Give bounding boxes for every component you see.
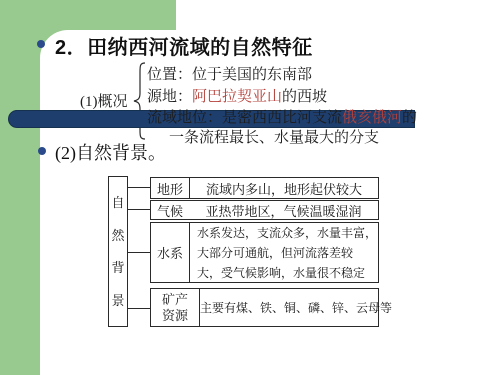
row-content-terrain: 流域内多山，地形起伏较大	[190, 178, 378, 198]
map-row-rivers: 水系 水系发达，支流众多，水量丰富， 大部分可通航，但河流落差较 大，受气候影响…	[150, 222, 379, 283]
row-label-minerals: 矿产资源	[151, 289, 200, 326]
connector-line-climate	[128, 209, 151, 210]
status-prefix: 流域地位：是密西西比河支流	[147, 110, 342, 126]
rivers-line: 大，受气候影响，水量很不稳定	[197, 263, 365, 283]
source-red-term: 阿巴拉契亚山	[192, 89, 282, 105]
status-red-term: 俄亥俄河	[342, 110, 402, 126]
background-bullet-dot	[38, 147, 46, 155]
row-label-climate: 气候	[151, 201, 189, 219]
slide-title: 2．田纳西河流域的自然特征	[55, 31, 313, 60]
connector-line-terrain	[128, 187, 151, 188]
presentation-slide: 2．田纳西河流域的自然特征 (1)概况 位置：位于美国的东南部 源地：阿巴拉契亚…	[0, 0, 500, 375]
row-content-climate: 亚热带地区，气候温暖湿润	[189, 201, 378, 219]
source-suffix: 的西坡	[282, 89, 327, 105]
rivers-line: 水系发达，支流众多，水量丰富，	[197, 223, 377, 243]
overview-line-location: 位置：位于美国的东南部	[147, 63, 312, 84]
map-row-minerals: 矿产资源 主要有煤、铁、铜、磷、锌、云母等	[150, 288, 379, 327]
rivers-line: 大部分可通航，但河流落差较	[197, 243, 353, 263]
title-bullet-dot	[37, 40, 45, 48]
stem-char: 背	[111, 261, 124, 274]
map-row-climate: 气候 亚热带地区，气候温暖湿润	[150, 200, 379, 220]
overview-line-status: 流域地位：是密西西比河支流俄亥俄河的	[147, 106, 417, 127]
row-label-terrain: 地形	[151, 178, 190, 198]
concept-stem-box: 自 然 背 景	[108, 176, 128, 327]
overview-line-source: 源地：阿巴拉契亚山的西坡	[147, 85, 327, 106]
connector-line-rivers	[128, 252, 151, 253]
background-heading: (2)自然背景。	[55, 139, 166, 165]
stem-char: 自	[111, 196, 124, 209]
connector-line-minerals	[128, 308, 151, 309]
stem-char: 景	[111, 294, 124, 307]
stem-char: 然	[111, 229, 124, 242]
row-content-rivers: 水系发达，支流众多，水量丰富， 大部分可通航，但河流落差较 大，受气候影响，水量…	[190, 223, 378, 282]
row-content-minerals: 主要有煤、铁、铜、磷、锌、云母等	[200, 289, 392, 326]
status-suffix: 的	[402, 110, 417, 126]
source-prefix: 源地：	[147, 89, 192, 105]
overview-label: (1)概况	[80, 90, 128, 111]
overview-line-status-cont: 一条流程最长、水量最大的分支	[169, 126, 379, 147]
brace-left-icon	[133, 62, 146, 140]
row-label-rivers: 水系	[151, 223, 190, 282]
map-row-terrain: 地形 流域内多山，地形起伏较大	[150, 177, 379, 199]
